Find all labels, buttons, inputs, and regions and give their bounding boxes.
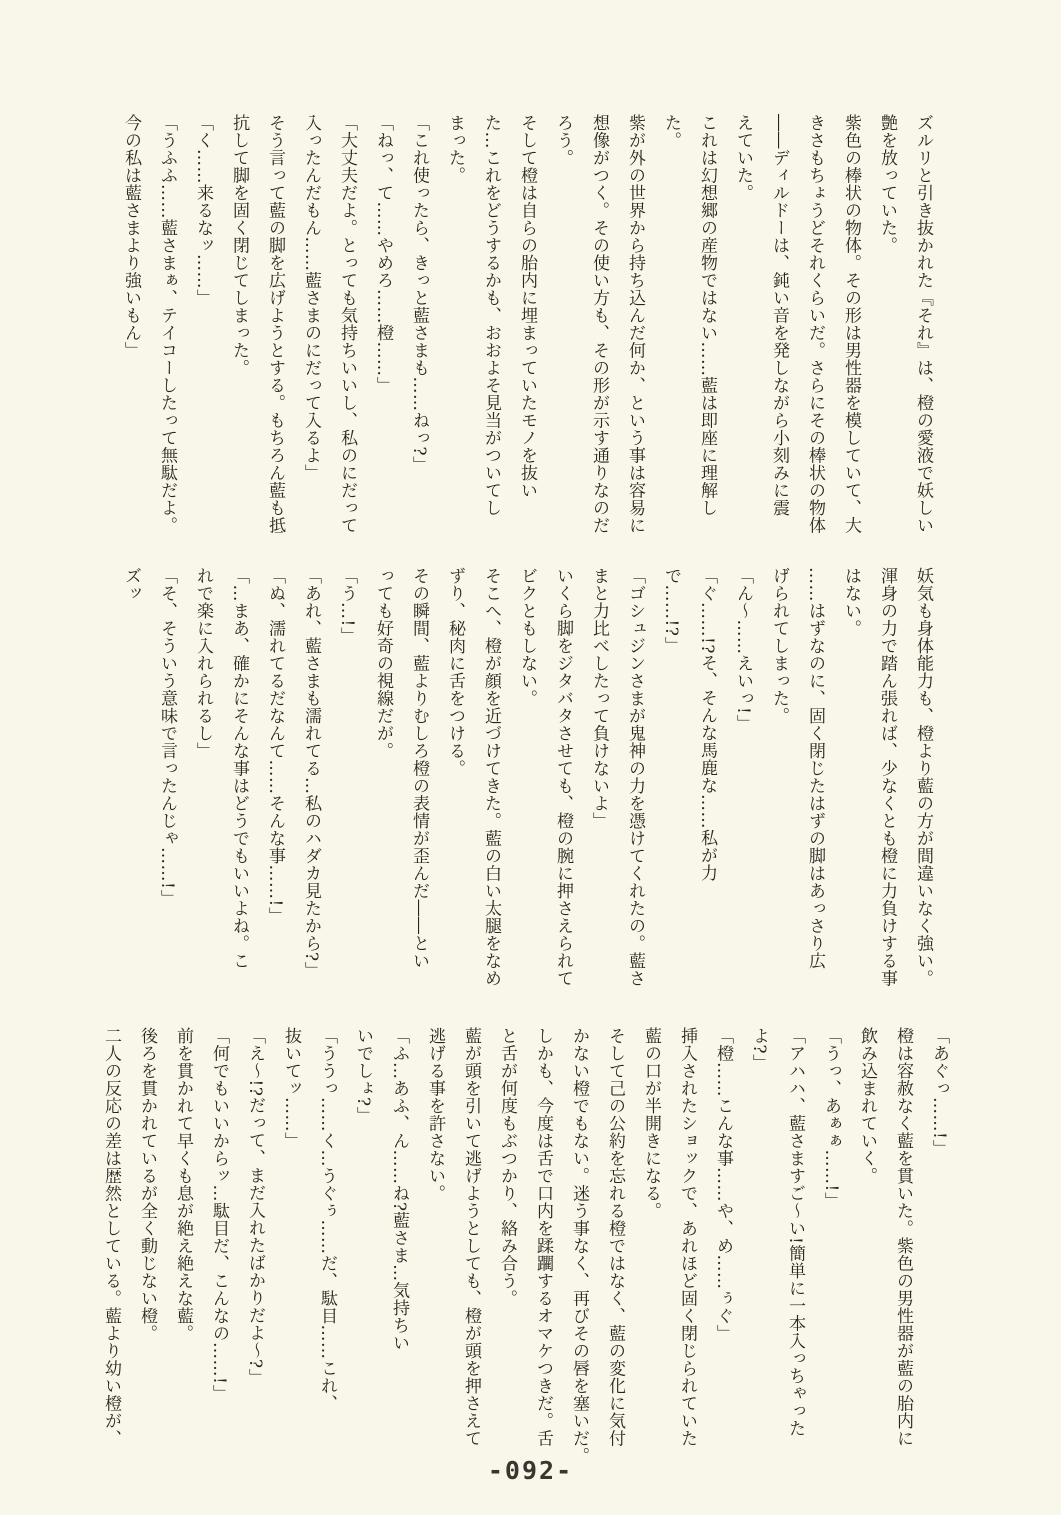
text-column: 入ったんだもん……藍さまのにだって入るよ」 — [293, 114, 329, 554]
text-column: 「く……来るなッ……」 — [185, 114, 221, 554]
text-column: 「うふふ……藍さまぁ、テイコーしたって無駄だよ。 — [149, 114, 185, 554]
text-column: まと力比べしたって負けないよ」 — [581, 567, 617, 1007]
text-block-bottom: 「あぐっ……!」橙は容赦なく藍を貫いた。紫色の男性器が藍の胎内に飲み込まれていく… — [93, 1027, 957, 1472]
text-block-middle: 妖気も身体能力も、橙より藍の方が間違いなく強い。渾身の力で踏ん張れば、少なくとも… — [113, 567, 941, 1007]
text-column: 「大丈夫だよ。とっても気持ちいいし、私のにだって — [329, 114, 365, 554]
text-column: 「…まあ、確かにそんな事はどうでもいいよね。こ — [221, 567, 257, 1007]
text-column: ビクともしない。 — [509, 567, 545, 1007]
text-column: 「アハハ、藍さますご〜い!簡単に一本入っちゃった — [777, 1027, 813, 1472]
text-column: 「ぐ……!?そ、そんな馬鹿な……私が力 — [689, 567, 725, 1007]
text-column: っても好奇の視線だが。 — [365, 567, 401, 1007]
text-column: 「あれ、藍さまも濡れてる…私のハダカ見たから?」 — [293, 567, 329, 1007]
text-block-top: ズルリと引き抜かれた『それ』は、橙の愛液で妖しい艶を放っていた。紫色の棒状の物体… — [113, 114, 941, 554]
text-column: ……はずなのに、固く閉じたはずの脚はあっさり広 — [797, 567, 833, 1007]
text-column: れで楽に入れられるし」 — [185, 567, 221, 1007]
text-column: まった。 — [437, 114, 473, 554]
text-column: 「そ、そういう意味で言ったんじゃ……!」 — [149, 567, 185, 1007]
text-column: 抜いてッ……」 — [273, 1027, 309, 1472]
text-column: これは幻想郷の産物ではない……藍は即座に理解し — [689, 114, 725, 554]
text-column: ――ディルドーは、鈍い音を発しながら小刻みに震 — [761, 114, 797, 554]
text-column: 二人の反応の差は歴然としている。藍より幼い橙が、 — [93, 1027, 129, 1472]
text-column: 「ううっ……く…うぐぅ……だ、駄目……これ、 — [309, 1027, 345, 1472]
text-column: 「ゴシュジンさまが鬼神の力を憑けてくれたの。藍さ — [617, 567, 653, 1007]
text-column: 橙は容赦なく藍を貫いた。紫色の男性器が藍の胎内に — [885, 1027, 921, 1472]
text-column: 艶を放っていた。 — [869, 114, 905, 554]
text-column: 想像がつく。その使い方も、その形が示す通りなのだ — [581, 114, 617, 554]
text-column: 「何でもいいからッ…駄目だ、こんなの……!」 — [201, 1027, 237, 1472]
text-column: しかも、今度は舌で口内を蹂躙するオマケつきだ。舌 — [525, 1027, 561, 1472]
text-column: 「ん〜……えいっ!」 — [725, 567, 761, 1007]
text-column: 妖気も身体能力も、橙より藍の方が間違いなく強い。 — [905, 567, 941, 1007]
text-column: そう言って藍の脚を広げようとする。もちろん藍も抵 — [257, 114, 293, 554]
text-column: はない。 — [833, 567, 869, 1007]
text-column: 「ねっ、て……やめろ……橙……」 — [365, 114, 401, 554]
text-column: 渾身の力で踏ん張れば、少なくとも橙に力負けする事 — [869, 567, 905, 1007]
text-column: 「橙……こんな事……や、め……ぅぐ」 — [705, 1027, 741, 1472]
text-column: そこへ、橙が顔を近づけてきた。藍の白い太腿をなめ — [473, 567, 509, 1007]
text-column: そして己の公約を忘れる橙ではなく、藍の変化に気付 — [597, 1027, 633, 1472]
text-column: と舌が何度もぶつかり、絡み合う。 — [489, 1027, 525, 1472]
text-column: 藍の口が半開きになる。 — [633, 1027, 669, 1472]
text-column: 「え〜!?だって、まだ入れたばかりだよ〜?」 — [237, 1027, 273, 1472]
text-column: 紫が外の世界から持ち込んだ何か、という事は容易に — [617, 114, 653, 554]
text-column: いくら脚をジタバタさせても、橙の腕に押さえられて — [545, 567, 581, 1007]
text-column: ズルリと引き抜かれた『それ』は、橙の愛液で妖しい — [905, 114, 941, 554]
text-column: 後ろを貫かれているが全く動じない橙。 — [129, 1027, 165, 1472]
text-column: た…これをどうするかも、おおよそ見当がついてし — [473, 114, 509, 554]
text-column: 今の私は藍さまより強いもん」 — [113, 114, 149, 554]
page-number: -092- — [0, 1456, 1061, 1485]
text-column: 「ぬ、濡れてるだなんて……そんな事……!」 — [257, 567, 293, 1007]
text-column: 前を貫かれて早くも息が絶え絶えな藍。 — [165, 1027, 201, 1472]
text-column: きさもちょうどそれくらいだ。さらにその棒状の物体 — [797, 114, 833, 554]
text-column: 「う…!」 — [329, 567, 365, 1007]
text-column: 挿入されたショックで、あれほど固く閉じられていた — [669, 1027, 705, 1472]
text-column: かない橙でもない。迷う事なく、再びその唇を塞いだ。 — [561, 1027, 597, 1472]
text-column: いでしょ?」 — [345, 1027, 381, 1472]
text-column: ズッ — [113, 567, 149, 1007]
text-column: げられてしまった。 — [761, 567, 797, 1007]
text-column: 「うっ、あぁぁ……!」 — [813, 1027, 849, 1472]
text-column: えていた。 — [725, 114, 761, 554]
text-column: で……!?」 — [653, 567, 689, 1007]
text-column: 「あぐっ……!」 — [921, 1027, 957, 1472]
text-column: その瞬間、藍よりむしろ橙の表情が歪んだ――とい — [401, 567, 437, 1007]
text-column: 「これ使ったら、きっと藍さまも……ねっ?」 — [401, 114, 437, 554]
text-column: 飲み込まれていく。 — [849, 1027, 885, 1472]
scanned-novel-page: ズルリと引き抜かれた『それ』は、橙の愛液で妖しい艶を放っていた。紫色の棒状の物体… — [0, 0, 1061, 1515]
text-column: 藍が頭を引いて逃げようとしても、橙が頭を押さえて — [453, 1027, 489, 1472]
text-column: 抗して脚を固く閉じてしまった。 — [221, 114, 257, 554]
text-column: 逃げる事を許さない。 — [417, 1027, 453, 1472]
text-column: よ?」 — [741, 1027, 777, 1472]
text-column: 紫色の棒状の物体。その形は男性器を模していて、大 — [833, 114, 869, 554]
text-column: そして橙は自らの胎内に埋まっていたモノを抜い — [509, 114, 545, 554]
text-column: ろう。 — [545, 114, 581, 554]
text-column: た。 — [653, 114, 689, 554]
text-column: ずり、秘肉に舌をつける。 — [437, 567, 473, 1007]
text-column: 「ふ…あふ、ん……ね?藍さま…気持ちい — [381, 1027, 417, 1472]
